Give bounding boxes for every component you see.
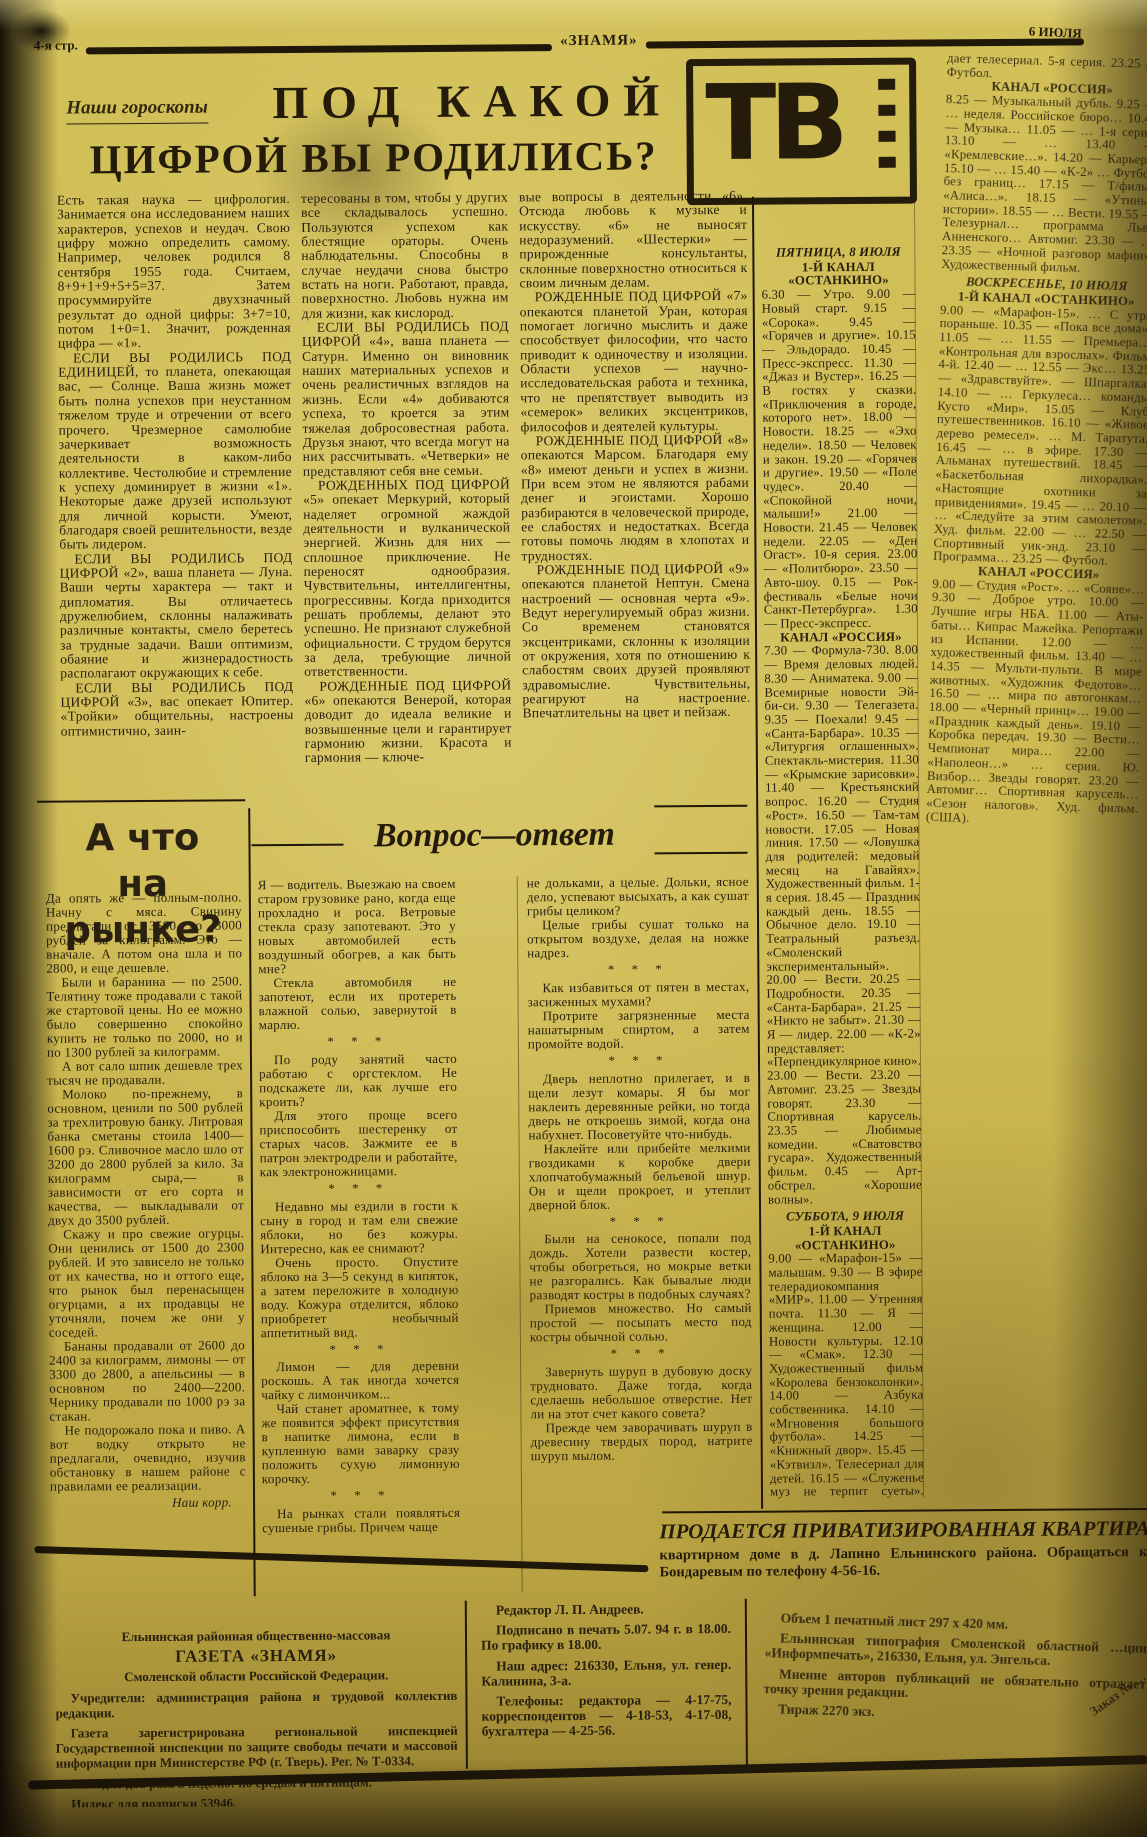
paragraph: Недавно мы ездили в гости к сыну в город… — [260, 1198, 458, 1255]
paragraph: Ельнинская типография Смоленской областн… — [764, 1630, 1147, 1671]
asterisk-separator: * * * — [528, 1050, 750, 1072]
qa-column-1: Я — водитель. Выезжаю на своем старом гр… — [258, 877, 461, 1594]
tv-section-logo-box: ТВ — [686, 58, 917, 206]
tv-logo-dot — [878, 79, 895, 90]
divider-market-qa — [248, 808, 255, 1596]
qa-column-2: не дольками, а целые. Дольки, ясное дело… — [527, 875, 754, 1593]
paragraph: Как избавиться от пятен в местах, засиже… — [527, 980, 749, 1010]
paragraph: РОЖДЕННЫХ ПОД ЦИФРОЙ «5» опекает Меркури… — [303, 477, 511, 679]
paragraph: Телефоны: редактора — 4-17-75, корреспон… — [481, 1692, 731, 1739]
masthead-rule-left — [86, 44, 552, 54]
paragraph: тересованы в том, чтобы у других все скл… — [301, 190, 509, 321]
paragraph: Я — водитель. Выезжаю на своем старом гр… — [258, 877, 457, 976]
divider-qa-columns — [517, 876, 523, 1592]
page-content: 4-я стр. «ЗНАМЯ» 6 ИЮЛЯ ТВ Наши гороскоп… — [0, 0, 1147, 1837]
paragraph: А вот сало шпик дешевле трех тысяч не пр… — [47, 1058, 243, 1087]
paragraph: 8.25 — Музыкальный дубль. 9.25 — … недел… — [941, 93, 1147, 277]
paragraph: ЕСЛИ ВЫ РОДИЛИСЬ ПОД ЦИФРОЙ «4», ваша пл… — [302, 320, 510, 479]
paragraph: РОЖДЕННЫЕ ПОД ЦИФРОЙ «9» опекаются плане… — [522, 562, 751, 721]
paragraph: вые вопросы в деятельности «6». Отсюда л… — [519, 189, 748, 291]
qa-title: Вопрос—ответ — [344, 816, 644, 856]
paragraph: Протрите загрязненные места нашатырным с… — [528, 1008, 750, 1052]
paragraph: ЕСЛИ ВЫ РОДИЛИСЬ ПОД ЦИФРОЙ «2», ваша пл… — [59, 551, 293, 682]
market-top-rule — [37, 799, 245, 802]
paragraph: На рынках стали появляться сушеные грибы… — [262, 1506, 460, 1535]
horoscope-kicker: Наши гороскопы — [66, 97, 208, 125]
page-number-label: 4-я стр. — [34, 37, 78, 53]
paragraph: Приемов множество. Но самый простой — по… — [530, 1301, 752, 1345]
paragraph: Мнение авторов публикаций не обязательно… — [763, 1666, 1146, 1707]
paragraph: По роду занятий часто работаю с оргстекл… — [259, 1052, 457, 1109]
asterisk-separator: * * * — [261, 1338, 459, 1360]
paragraph: Индекс для подписки 53946. — [56, 1794, 458, 1808]
right-edge-tv-column: дает телесериал. 5-я серия. 23.25 — Футб… — [907, 52, 1147, 1503]
paragraph: Да опять же — полным-полно. Начну с мяса… — [46, 890, 243, 975]
ad-title: ПРОДАЕТСЯ ПРИВАТИЗИРОВАННАЯ КВАРТИРА в — [659, 1516, 1147, 1544]
tv-logo-dot — [879, 157, 896, 168]
market-body-column: Да опять же — полным-полно. Начну с мяса… — [46, 890, 247, 1599]
section-heading: Ельнинская районная общественно-массовая — [55, 1627, 457, 1645]
horoscope-column-2: тересованы в том, чтобы у других все скл… — [301, 190, 512, 793]
paragraph: РОЖДЕННЫЕ ПОД ЦИФРОЙ «8» опекаются Марсо… — [521, 433, 750, 564]
qa-header-right-rule-2 — [655, 852, 748, 855]
paragraph: Наш адрес: 216330, Ельня, ул. генер. Кал… — [481, 1657, 731, 1689]
paragraph: ЕСЛИ ВЫ РОДИЛИСЬ ПОД ЕДИНИЦЕЙ, то планет… — [58, 350, 292, 552]
market-title-line1: А что — [41, 814, 243, 861]
paragraph: Лимон — для деревни роскошь. А так иногд… — [261, 1359, 459, 1402]
masthead-title: «ЗНАМЯ» — [554, 32, 644, 50]
paragraph: РОЖДЕННЫЕ ПОД ЦИФРОЙ «6» опекаются Венер… — [304, 678, 512, 766]
paragraph: Наклейте или прибейте мелкими гвоздиками… — [529, 1140, 751, 1212]
paragraph: Для этого проще всего приспособить шесте… — [259, 1108, 457, 1179]
paragraph: Чай станет ароматнее, к тому же появится… — [261, 1401, 460, 1486]
paragraph: ЕСЛИ ВЫ РОДИЛИСЬ ПОД ЦИФРОЙ «3», вас опе… — [60, 680, 293, 739]
paragraph: Прежде чем заворачивать шуруп в древесин… — [531, 1420, 753, 1464]
asterisk-separator: * * * — [527, 959, 749, 981]
paragraph: Очень просто. Опустите яблоко на 3—5 сек… — [260, 1254, 459, 1339]
paragraph: 9.00 — «Марафон-15». … С утра пораньше. … — [933, 304, 1147, 570]
paragraph: Подписано в печать 5.07. 94 г. в 18.00. … — [481, 1621, 731, 1653]
paragraph: Газета зарегистрирована региональной инс… — [56, 1723, 458, 1771]
tv-logo-dot — [879, 131, 896, 142]
imprint-divider-1 — [465, 1601, 468, 1769]
paragraph: 6.30 — Утро. 9.00 — Новый старт. 9.15 — … — [762, 288, 918, 632]
paragraph: Целые грибы сушат только на открытом воз… — [527, 917, 749, 961]
divider-tv-column — [752, 197, 763, 1509]
tv-logo-dot — [878, 105, 895, 116]
tv-day-heading: СУББОТА, 9 ИЮЛЯ — [768, 1210, 922, 1225]
section-heading: 1-Й КАНАЛ — [768, 1224, 922, 1239]
paragraph: не дольками, а целые. Дольки, ясное дело… — [527, 875, 749, 919]
horoscope-column-1: Есть такая наука — цифрология. Занимаетс… — [57, 192, 294, 782]
asterisk-separator: * * * — [259, 1031, 457, 1053]
paragraph: 9.00 — «Марафон-15» — малышам. 9.30 — В … — [768, 1252, 924, 1499]
tv-listings-column: ПЯТНИЦА, 8 ИЮЛЯ1-Й КАНАЛ«ОСТАНКИНО»6.30 … — [761, 242, 924, 1499]
horoscope-title-line1: ПОД КАКОЙ — [246, 73, 698, 129]
paragraph: РОЖДЕННЫЕ ПОД ЦИФРОЙ «7» опекаются плане… — [520, 289, 749, 434]
paragraph: Были и баранина — по 2500. Телятину тоже… — [46, 974, 243, 1059]
horoscope-title-line2: ЦИФРОЙ ВЫ РОДИЛИСЬ? — [85, 131, 663, 183]
horoscope-column-3: вые вопросы в деятельности «6». Отсюда л… — [519, 189, 751, 795]
paragraph: Дверь неплотно прилегает, и в щели лезут… — [528, 1070, 750, 1142]
asterisk-separator: * * * — [260, 1178, 458, 1200]
paragraph: Стекла автомобиля не запотеют, если их п… — [258, 975, 456, 1032]
issue-date-label: 6 ИЮЛЯ — [1028, 23, 1082, 41]
imprint-divider-2 — [745, 1599, 748, 1767]
paragraph: Редактор Л. П. Андреев. — [481, 1601, 731, 1618]
newspaper-name: ГАЗЕТА «ЗНАМЯ» — [55, 1647, 457, 1665]
tv-logo-icon: ТВ — [705, 63, 842, 182]
paragraph: Есть такая наука — цифрология. Занимаетс… — [57, 192, 291, 351]
newspaper-page-scan: 4-я стр. «ЗНАМЯ» 6 ИЮЛЯ ТВ Наши гороскоп… — [0, 0, 1147, 1837]
paragraph: Молоко по-прежнему, в основном, ценили п… — [47, 1086, 244, 1227]
section-heading: Смоленской области Российской Федерации. — [55, 1667, 457, 1685]
paragraph: 9.00 — Студия «Рост». … «Сояне»… 9.30 — … — [926, 578, 1145, 830]
paragraph: Были на сенокосе, попали под дождь. Хоте… — [529, 1231, 751, 1303]
asterisk-separator: * * * — [530, 1343, 752, 1365]
tv-day-heading: ПЯТНИЦА, 8 ИЮЛЯ — [761, 246, 915, 261]
paragraph: Бананы продавали от 2600 до 2400 за кило… — [49, 1338, 246, 1423]
ad-body: квартирном доме в д. Лапино Ельнинского … — [659, 1544, 1147, 1581]
qa-header-left-rule — [251, 844, 343, 847]
asterisk-separator: * * * — [262, 1485, 460, 1507]
signature: Наш корр. — [50, 1495, 246, 1510]
paragraph: Завернуть шуруп в дубовую доску труднова… — [530, 1364, 752, 1422]
asterisk-separator: * * * — [529, 1210, 751, 1232]
masthead-rule-right — [646, 38, 1084, 48]
paragraph: 7.30 — Формула-730. 8.00 — Время деловых… — [764, 644, 922, 1207]
qa-header-right-rule-1 — [654, 805, 747, 808]
paragraph: Учредители: администрация района и трудо… — [55, 1687, 457, 1720]
paragraph: Не подорожало пока и пиво. А вот водку о… — [50, 1422, 246, 1493]
paragraph: Скажу и про свежие огурцы. Они ценились … — [48, 1226, 245, 1339]
